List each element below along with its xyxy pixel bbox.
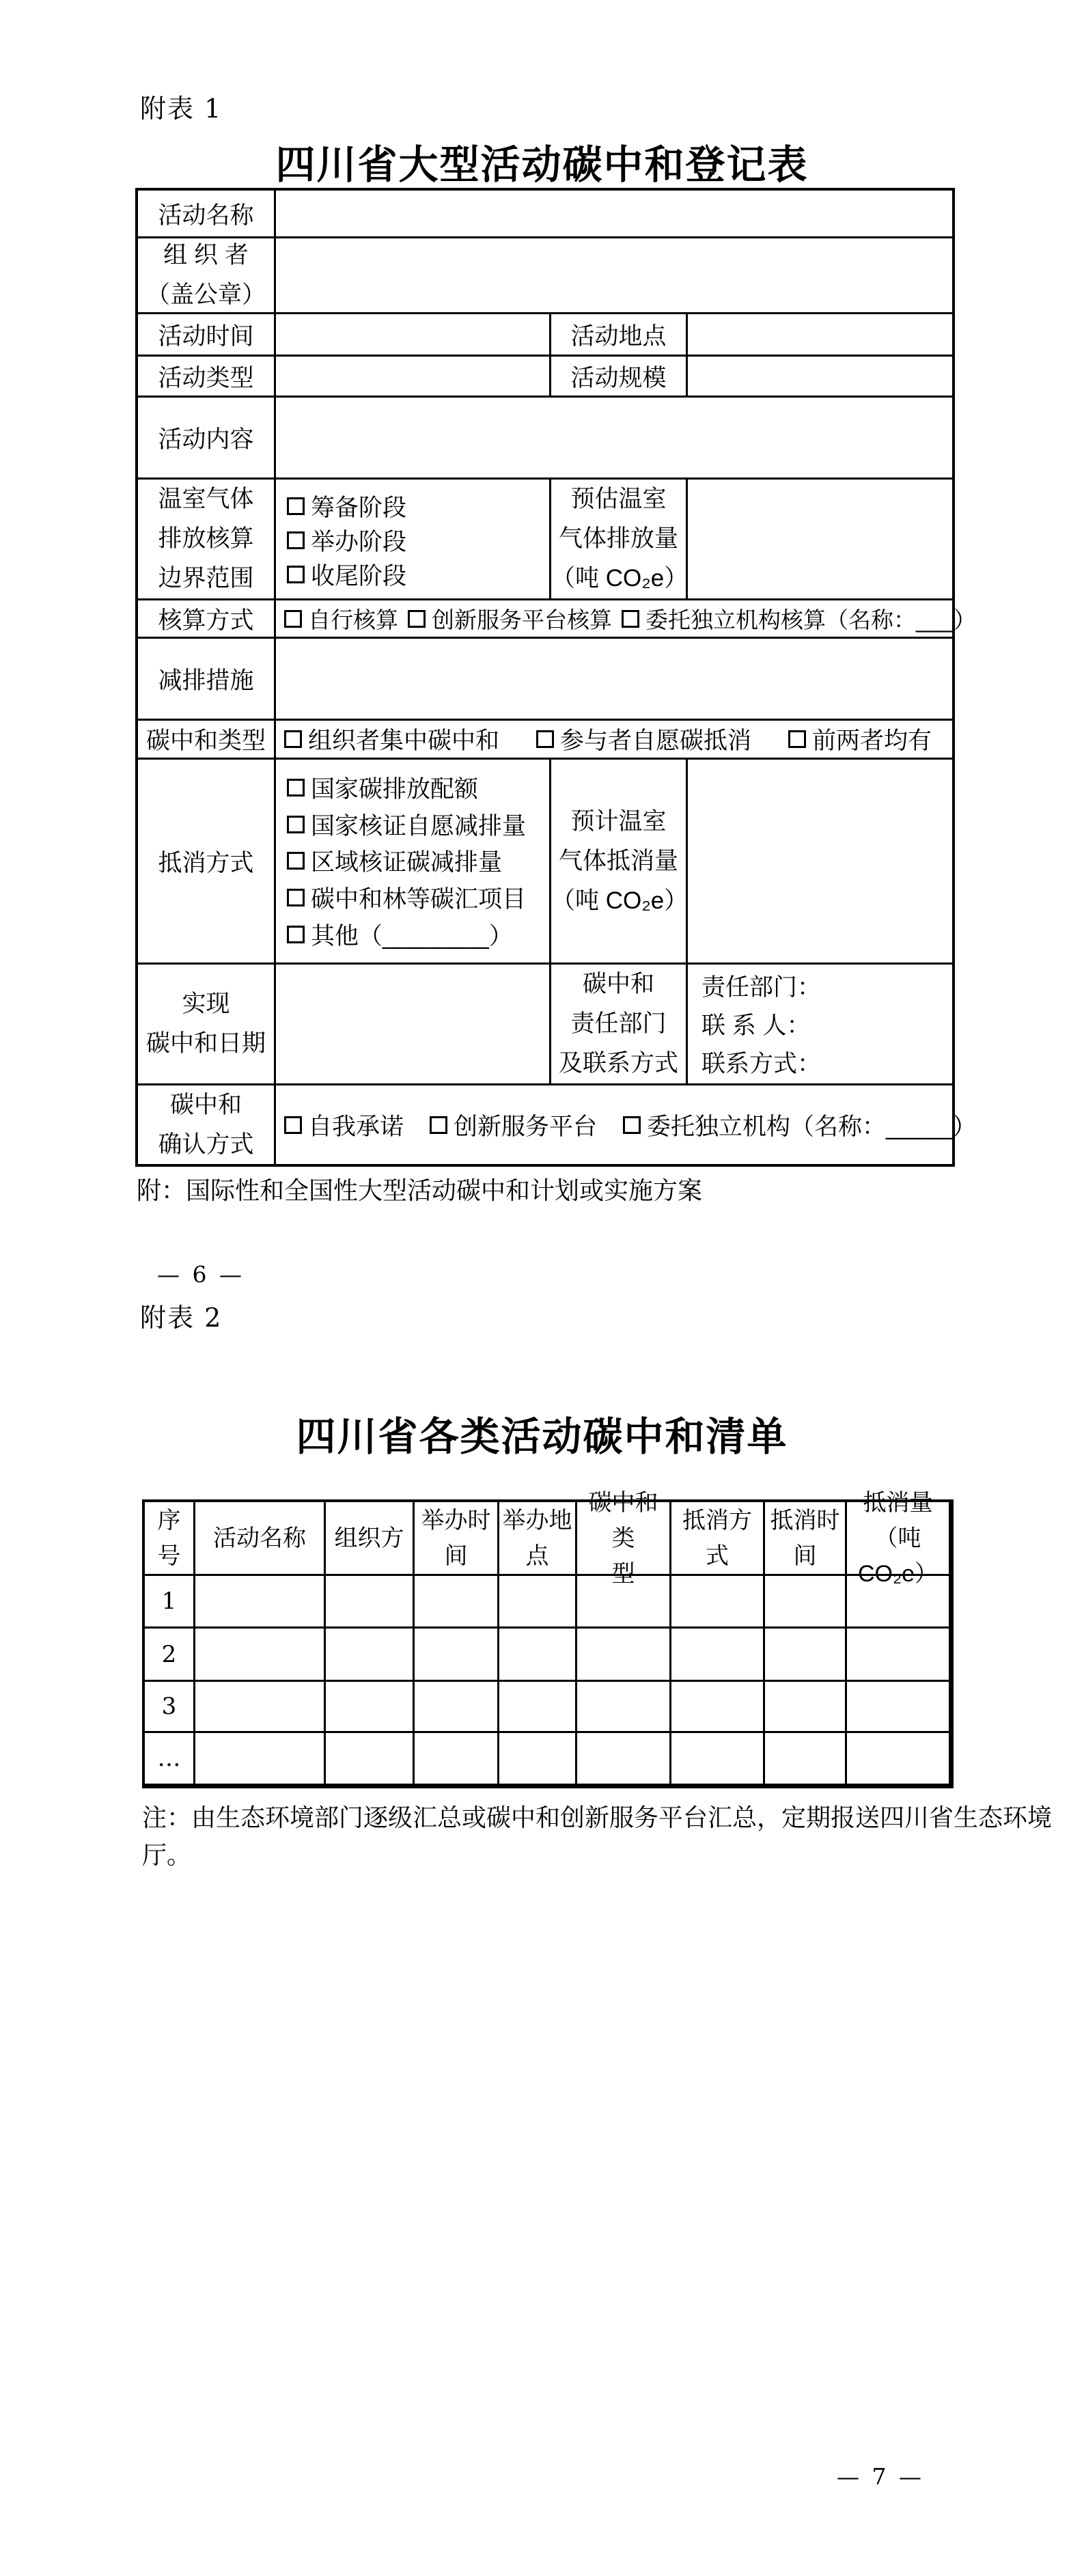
t1-neutrality-type-label: 碳中和类型 [138, 721, 276, 760]
checkbox-icon [287, 926, 305, 943]
t1-estimated-emission-value [688, 480, 952, 600]
t1-accounting-options: 自行核算 创新服务平台核算 委托独立机构核算（名称：___） [276, 600, 952, 639]
t2-header-index: 序 号 [145, 1502, 195, 1576]
checkbox-icon [287, 497, 305, 515]
t1-dept-label: 碳中和 责任部门 及联系方式 [551, 965, 688, 1085]
t2-cell [847, 1629, 951, 1682]
stage-option-prep: 筹备阶段 [287, 489, 406, 523]
checkbox-icon [287, 889, 305, 906]
t2-cell [326, 1682, 415, 1733]
offset-option-regional: 区域核证碳减排量 [287, 844, 502, 878]
t2-cell [195, 1682, 326, 1733]
checkbox-icon [284, 1116, 302, 1134]
t2-cell [847, 1576, 951, 1629]
t2-cell [671, 1629, 765, 1682]
t2-cell [415, 1733, 499, 1786]
checkbox-icon [430, 1116, 447, 1134]
checkbox-icon [287, 779, 305, 797]
stage-option-close: 收尾阶段 [287, 557, 406, 592]
t1-activity-content-label: 活动内容 [138, 398, 276, 480]
t1-dept-fields: 责任部门： 联 系 人： 联系方式： [688, 965, 952, 1085]
t1-reduction-label: 减排措施 [138, 639, 276, 721]
contact-person-field: 联 系 人： [701, 1007, 810, 1041]
t2-cell [195, 1576, 326, 1629]
t2-cell [671, 1576, 765, 1629]
confirm-option-platform: 创新服务平台 [430, 1108, 597, 1142]
t2-cell [577, 1629, 671, 1682]
checkbox-icon [788, 730, 806, 748]
t2-cell [765, 1682, 847, 1733]
t2-header-organizer: 组织方 [326, 1502, 415, 1576]
t2-header-offset-method: 抵消方式 [671, 1502, 765, 1576]
t1-organizer-label: 组 织 者 （盖公章） [138, 238, 276, 314]
t2-cell [326, 1629, 415, 1682]
t2-cell [499, 1629, 577, 1682]
type-option-organizer: 组织者集中碳中和 [284, 722, 499, 756]
inventory-table: 序 号 活动名称 组织方 举办时 间 举办地 点 碳中和类 型 抵消方式 抵消时… [142, 1499, 954, 1788]
accounting-option-platform: 创新服务平台核算 [408, 603, 612, 635]
t2-cell [499, 1576, 577, 1629]
t1-organizer-value [276, 238, 952, 314]
page-number-6: — 6 — [157, 1261, 245, 1288]
checkbox-icon [536, 730, 554, 748]
t2-cell [847, 1733, 951, 1786]
t1-activity-scale-label: 活动规模 [551, 357, 688, 398]
t1-reduction-value [276, 639, 952, 721]
t1-ghg-boundary-label: 温室气体 排放核算 边界范围 [138, 480, 276, 600]
t2-row-number: 3 [145, 1682, 195, 1733]
stage-option-hold: 举办阶段 [287, 523, 406, 557]
document-page: 附表 1 四川省大型活动碳中和登记表 活动名称 组 织 者 （盖公章） 活动时间… [0, 0, 1084, 2576]
t2-cell [577, 1733, 671, 1786]
t1-confirm-options: 自我承诺 创新服务平台 委托独立机构（名称：_____） [276, 1085, 952, 1164]
t2-row-number: 1 [145, 1576, 195, 1629]
t2-cell [195, 1629, 326, 1682]
accounting-option-self: 自行核算 [284, 603, 398, 635]
t1-ghg-stage-options: 筹备阶段 举办阶段 收尾阶段 [276, 480, 551, 600]
t2-cell [499, 1733, 577, 1786]
t2-header-hold-time: 举办时 间 [415, 1502, 499, 1576]
t1-offset-options: 国家碳排放配额 国家核证自愿减排量 区域核证碳减排量 碳中和林等碳汇项目 其他（… [276, 760, 551, 965]
t2-row-number: … [145, 1733, 195, 1786]
t2-cell [671, 1733, 765, 1786]
checkbox-icon [284, 610, 302, 628]
offset-option-forest: 碳中和林等碳汇项目 [287, 881, 526, 915]
t2-header-activity-name: 活动名称 [195, 1502, 326, 1576]
t2-cell [847, 1682, 951, 1733]
checkbox-icon [284, 730, 302, 748]
t2-cell [499, 1682, 577, 1733]
t2-header-offset-amount: 抵消量 （吨 CO₂e） [847, 1502, 951, 1576]
checkbox-icon [408, 610, 426, 628]
checkbox-icon [287, 816, 305, 833]
t2-cell [195, 1733, 326, 1786]
t2-cell [415, 1682, 499, 1733]
type-option-participant: 参与者自愿碳抵消 [536, 722, 751, 756]
t1-estimated-offset-value [688, 760, 952, 965]
table2-note: 注：由生态环境部门逐级汇总或碳中和创新服务平台汇总，定期报送四川省生态环境厅。 [142, 1799, 1061, 1874]
t1-activity-place-value [688, 314, 952, 357]
checkbox-icon [287, 852, 305, 870]
accounting-option-agency: 委托独立机构核算（名称：___） [622, 603, 976, 635]
t1-accounting-label: 核算方式 [138, 600, 276, 639]
t2-cell [577, 1682, 671, 1733]
t2-cell [577, 1576, 671, 1629]
t1-activity-name-label: 活动名称 [138, 191, 276, 238]
t2-cell [765, 1629, 847, 1682]
appendix2-label: 附表 2 [140, 1297, 222, 1334]
table1-title: 四川省大型活动碳中和登记表 [0, 133, 1084, 190]
confirm-option-self: 自我承诺 [284, 1108, 404, 1142]
t1-achieve-date-value [276, 965, 551, 1085]
table2-title: 四川省各类活动碳中和清单 [0, 1404, 1084, 1462]
contact-method-field: 联系方式： [701, 1045, 821, 1079]
offset-option-ccer: 国家核证自愿减排量 [287, 807, 526, 842]
t1-offset-label: 抵消方式 [138, 760, 276, 965]
t2-header-hold-place: 举办地 点 [499, 1502, 577, 1576]
t2-cell [415, 1629, 499, 1682]
t2-cell [765, 1733, 847, 1786]
t1-estimated-offset-label: 预计温室 气体抵消量 （吨 CO₂e） [551, 760, 688, 965]
t2-header-neutrality-type: 碳中和类 型 [577, 1502, 671, 1576]
t1-activity-type-label: 活动类型 [138, 357, 276, 398]
t2-row-number: 2 [145, 1629, 195, 1682]
registration-table: 活动名称 组 织 者 （盖公章） 活动时间 活动地点 活动类型 活动规模 活动内… [135, 188, 955, 1167]
t1-activity-scale-value [688, 357, 952, 398]
checkbox-icon [287, 566, 305, 583]
page-number-7: — 7 — [837, 2463, 924, 2490]
type-option-both: 前两者均有 [788, 722, 932, 756]
t1-activity-type-value [276, 357, 551, 398]
t2-cell [326, 1576, 415, 1629]
t2-header-offset-time: 抵消时 间 [765, 1502, 847, 1576]
t2-cell [415, 1576, 499, 1629]
t1-estimated-emission-label: 预估温室 气体排放量 （吨 CO₂e） [551, 480, 688, 600]
appendix1-label: 附表 1 [140, 87, 222, 125]
offset-option-other: 其他（________） [287, 917, 513, 952]
t1-activity-time-value [276, 314, 551, 357]
table1-note: 附：国际性和全国性大型活动碳中和计划或实施方案 [137, 1172, 702, 1210]
checkbox-icon [623, 1116, 641, 1134]
t1-achieve-date-label: 实现 碳中和日期 [138, 965, 276, 1085]
t1-activity-place-label: 活动地点 [551, 314, 688, 357]
t2-cell [671, 1682, 765, 1733]
checkbox-icon [287, 531, 305, 549]
checkbox-icon [622, 610, 639, 628]
t2-cell [765, 1576, 847, 1629]
t1-activity-name-value [276, 191, 952, 238]
t1-confirm-label: 碳中和 确认方式 [138, 1085, 276, 1164]
confirm-option-agency: 委托独立机构（名称：_____） [623, 1108, 976, 1142]
t1-activity-time-label: 活动时间 [138, 314, 276, 357]
dept-field: 责任部门： [701, 969, 821, 1003]
offset-option-quota: 国家碳排放配额 [287, 771, 478, 805]
t2-cell [326, 1733, 415, 1786]
t1-activity-content-value [276, 398, 952, 480]
t1-neutrality-type-options: 组织者集中碳中和 参与者自愿碳抵消 前两者均有 [276, 721, 952, 760]
